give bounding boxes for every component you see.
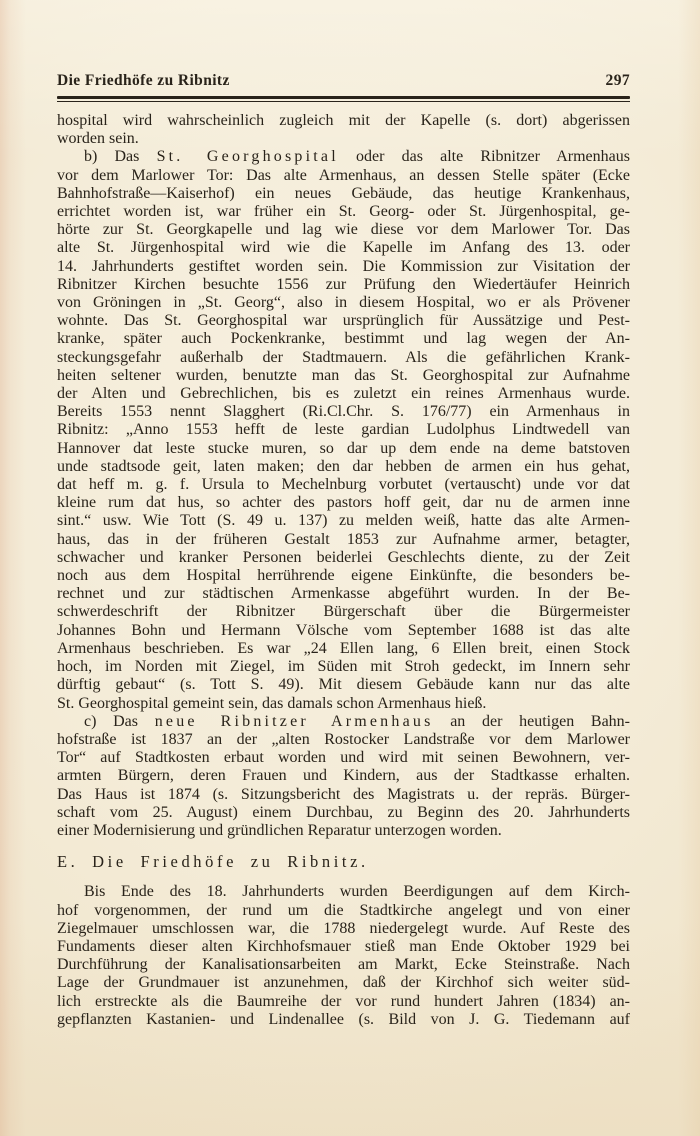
book-page: Die Friedhöfe zu Ribnitz 297 hospital wi…	[0, 0, 700, 1136]
text-line: schwacher und kranker Personen beiderlei…	[57, 549, 630, 567]
text-segment: Ribnitz: „Anno 1553 hefft de leste gardi…	[57, 421, 630, 438]
text-line: steckungsgefahr außerhalb der Stadtmauer…	[57, 349, 630, 367]
text-line: wohnte. Das St. Georghospital war ursprü…	[57, 312, 630, 330]
text-segment: gepflanzten Kastanien- und Lindenallee (…	[57, 1011, 630, 1028]
text-segment: von Gröningen in „St. Georg“, also in di…	[57, 294, 630, 311]
header-title: Die Friedhöfe zu Ribnitz	[57, 72, 230, 90]
text-line: Lage der Grundmauer ist anzunehmen, daß …	[57, 974, 630, 992]
text-line: Ribnitzer Kirchen besuchte 1556 zur Prüf…	[57, 276, 630, 294]
text-segment: Das Haus ist 1874 (s. Sitzungsbericht de…	[57, 786, 630, 803]
text-line: alte St. Jürgenhospital wird wie die Kap…	[57, 239, 630, 257]
text-line: Hannover dat leste stucke muren, so dar …	[57, 440, 630, 458]
text-line: Armenhaus beschrieben. Es war „24 Ellen …	[57, 640, 630, 658]
text-line: 14. Jahrhunderts gestiftet worden sein. …	[57, 258, 630, 276]
text-line: b) Das St. Georghospital oder das alte R…	[57, 148, 630, 166]
text-segment: errichtet worden ist, war früher ein St.…	[57, 203, 630, 220]
text-line: hofstraße ist 1837 an der „alten Rostock…	[57, 731, 630, 749]
text-segment: Bahnhofstraße—Kaiserhof) ein neues Gebäu…	[57, 185, 630, 202]
text-line: dat heff m. g. f. Ursula to Mechelnburg …	[57, 476, 630, 494]
text-line: E. Die Friedhöfe zu Ribnitz.	[57, 853, 630, 871]
paragraph: b) Das St. Georghospital oder das alte R…	[57, 148, 630, 712]
text-line: von Gröningen in „St. Georg“, also in di…	[57, 294, 630, 312]
text-segment: Durchführung der Kanalisationsarbeiten a…	[57, 956, 630, 973]
text-segment: Bis Ende des 18. Jahrhunderts wurden Bee…	[84, 883, 630, 900]
text-line: schaft vom 25. August) einem Durchbau, z…	[57, 804, 630, 822]
body-text: hospital wird wahrscheinlich zugleich mi…	[57, 112, 630, 1029]
text-line: rechnet und zur städtischen Armenkasse a…	[57, 585, 630, 603]
text-segment: Ribnitzer Kirchen besuchte 1556 zur Prüf…	[57, 276, 630, 293]
text-line: sint.“ usw. Wie Tott (S. 49 u. 137) zu m…	[57, 512, 630, 530]
text-segment: noch aus dem Hospital herrührende eigene…	[57, 567, 630, 584]
text-line: lich erstreckte als die Baumreihe der vo…	[57, 993, 630, 1011]
text-segment: vor dem Marlower Tor: Das alte Armenhaus…	[57, 167, 630, 184]
text-segment: steckungsgefahr außerhalb der Stadtmauer…	[57, 349, 630, 366]
text-line: c) Das neue Ribnitzer Armenhaus an der h…	[57, 713, 630, 731]
text-segment: Hannover dat leste stucke muren, so dar …	[57, 440, 630, 457]
text-line: Tor“ auf Stadtkosten erbaut worden und w…	[57, 749, 630, 767]
text-segment: hospital wird wahrscheinlich zugleich mi…	[57, 112, 630, 129]
text-segment: alte St. Jürgenhospital wird wie die Kap…	[57, 239, 630, 256]
text-segment: hörte zur St. Georgkapelle und lag wie d…	[57, 221, 630, 238]
text-segment: worden sein.	[57, 130, 139, 147]
text-line: vor dem Marlower Tor: Das alte Armenhaus…	[57, 167, 630, 185]
text-line: St. Georghospital gemeint sein, das dama…	[57, 695, 630, 713]
text-segment: hoch, im Norden mit Ziegel, im Süden mit…	[57, 658, 630, 675]
text-segment: Lage der Grundmauer ist anzunehmen, daß …	[57, 974, 630, 991]
text-segment: hof vorgenommen, der rund um die Stadtki…	[57, 902, 630, 919]
text-segment: lich erstreckte als die Baumreihe der vo…	[57, 993, 630, 1010]
text-line: unde stadtsode geit, laten maken; den da…	[57, 458, 630, 476]
text-line: der Alten und Gebrechlichen, bis es zule…	[57, 385, 630, 403]
paragraph: hospital wird wahrscheinlich zugleich mi…	[57, 112, 630, 148]
text-line: schwerdeschrift der Ribnitzer Bürgerscha…	[57, 603, 630, 621]
text-line: Fundaments dieser alten Kirchhofsmauer s…	[57, 938, 630, 956]
text-line: Bahnhofstraße—Kaiserhof) ein neues Gebäu…	[57, 185, 630, 203]
text-segment: 14. Jahrhunderts gestiftet worden sein. …	[57, 258, 630, 275]
text-line: hoch, im Norden mit Ziegel, im Süden mit…	[57, 658, 630, 676]
text-segment: Fundaments dieser alten Kirchhofsmauer s…	[57, 938, 630, 955]
section-heading: E. Die Friedhöfe zu Ribnitz.	[57, 853, 630, 871]
text-line: kleine rum dat hus, so achter des pastor…	[57, 494, 630, 512]
text-segment: schwerdeschrift der Ribnitzer Bürgerscha…	[57, 603, 630, 620]
text-line: hospital wird wahrscheinlich zugleich mi…	[57, 112, 630, 130]
text-segment: schaft vom 25. August) einem Durchbau, z…	[57, 804, 630, 821]
text-line: Ziegelmauer umschlossen war, die 1788 ni…	[57, 920, 630, 938]
text-line: heiten seltener wurden, benutzte man das…	[57, 367, 630, 385]
text-segment: wohnte. Das St. Georghospital war ursprü…	[57, 312, 630, 329]
text-line: hof vorgenommen, der rund um die Stadtki…	[57, 902, 630, 920]
text-segment: an der heutigen Bahn-	[434, 713, 631, 730]
text-line: dürftig gebaut“ (s. Tott S. 49). Mit die…	[57, 676, 630, 694]
text-line: worden sein.	[57, 130, 630, 148]
text-segment: haus, das in der früheren Gestalt 1853 z…	[57, 531, 630, 548]
text-segment: der Alten und Gebrechlichen, bis es zule…	[57, 385, 630, 402]
text-line: Ribnitz: „Anno 1553 hefft de leste gardi…	[57, 421, 630, 439]
text-segment: kranke, später auch Pockenkranke, bestim…	[57, 330, 630, 347]
text-line: haus, das in der früheren Gestalt 1853 z…	[57, 531, 630, 549]
spaced-text-segment: E. Die Friedhöfe zu Ribnitz.	[57, 852, 369, 871]
text-segment: rechnet und zur städtischen Armenkasse a…	[57, 585, 630, 602]
header-row: Die Friedhöfe zu Ribnitz 297	[57, 72, 630, 90]
page-number: 297	[606, 72, 630, 90]
text-segment: sint.“ usw. Wie Tott (S. 49 u. 137) zu m…	[57, 512, 630, 529]
text-segment: heiten seltener wurden, benutzte man das…	[57, 367, 630, 384]
text-line: Das Haus ist 1874 (s. Sitzungsbericht de…	[57, 786, 630, 804]
paragraph: c) Das neue Ribnitzer Armenhaus an der h…	[57, 713, 630, 840]
text-segment: c) Das	[84, 713, 155, 730]
text-segment: dürftig gebaut“ (s. Tott S. 49). Mit die…	[57, 676, 630, 693]
spaced-text-segment: neue Ribnitzer Armenhaus	[155, 713, 434, 730]
spaced-text-segment: St. Georghospital	[157, 148, 339, 165]
text-segment: oder das alte Ribnitzer Armenhaus	[339, 148, 630, 165]
text-line: hörte zur St. Georgkapelle und lag wie d…	[57, 221, 630, 239]
text-segment: Ziegelmauer umschlossen war, die 1788 ni…	[57, 920, 630, 937]
text-line: armten Bürgern, deren Frauen und Kindern…	[57, 767, 630, 785]
text-segment: schwacher und kranker Personen beiderlei…	[57, 549, 630, 566]
text-line: gepflanzten Kastanien- und Lindenallee (…	[57, 1011, 630, 1029]
text-segment: dat heff m. g. f. Ursula to Mechelnburg …	[57, 476, 630, 493]
paragraph: Bis Ende des 18. Jahrhunderts wurden Bee…	[57, 883, 630, 1029]
text-line: einer Modernisierung und gründlichen Rep…	[57, 822, 630, 840]
text-line: Johannes Bohn und Hermann Völsche vom Se…	[57, 622, 630, 640]
text-line: errichtet worden ist, war früher ein St.…	[57, 203, 630, 221]
text-line: Bereits 1553 nennt Slagghert (Ri.Cl.Chr.…	[57, 403, 630, 421]
running-header: Die Friedhöfe zu Ribnitz 297	[57, 72, 630, 102]
text-segment: kleine rum dat hus, so achter des pastor…	[57, 494, 630, 511]
text-segment: Armenhaus beschrieben. Es war „24 Ellen …	[57, 640, 630, 657]
text-segment: Johannes Bohn und Hermann Völsche vom Se…	[57, 622, 630, 639]
header-rule-thin	[57, 101, 630, 102]
text-segment: Bereits 1553 nennt Slagghert (Ri.Cl.Chr.…	[57, 403, 630, 420]
text-line: Durchführung der Kanalisationsarbeiten a…	[57, 956, 630, 974]
text-segment: hofstraße ist 1837 an der „alten Rostock…	[57, 731, 630, 748]
text-segment: armten Bürgern, deren Frauen und Kindern…	[57, 767, 630, 784]
text-segment: unde stadtsode geit, laten maken; den da…	[57, 458, 630, 475]
text-segment: b) Das	[84, 148, 157, 165]
text-line: kranke, später auch Pockenkranke, bestim…	[57, 330, 630, 348]
text-line: Bis Ende des 18. Jahrhunderts wurden Bee…	[57, 883, 630, 901]
header-rule-thick	[57, 96, 630, 99]
text-segment: Tor“ auf Stadtkosten erbaut worden und w…	[57, 749, 630, 766]
text-line: noch aus dem Hospital herrührende eigene…	[57, 567, 630, 585]
text-segment: einer Modernisierung und gründlichen Rep…	[57, 822, 502, 839]
text-segment: St. Georghospital gemeint sein, das dama…	[57, 695, 486, 712]
